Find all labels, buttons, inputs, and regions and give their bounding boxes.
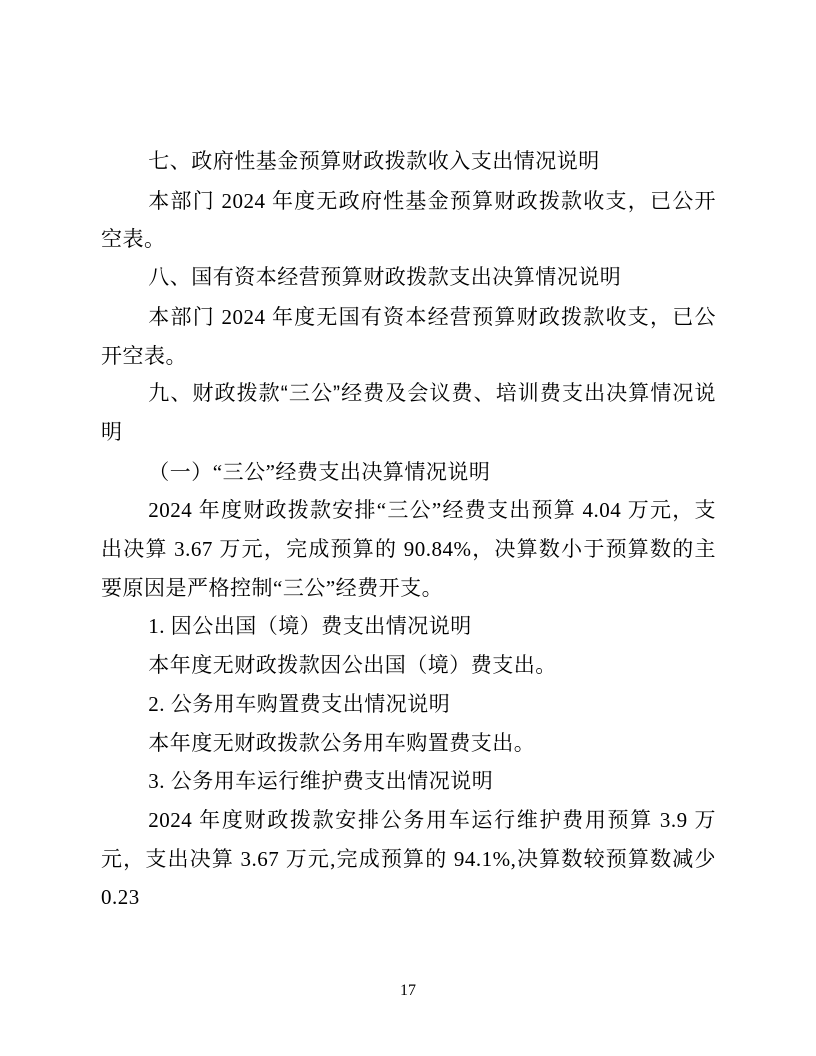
page-number: 17	[400, 982, 416, 999]
section-9-subsection-1-heading: （一）“三公”经费支出决算情况说明	[101, 453, 716, 492]
section-7-paragraph: 本部门 2024 年度无政府性基金预算财政拨款收支，已公开空表。	[101, 182, 716, 259]
section-7-heading: 七、政府性基金预算财政拨款收入支出情况说明	[101, 143, 716, 182]
document-page: 七、政府性基金预算财政拨款收入支出情况说明 本部门 2024 年度无政府性基金预…	[0, 0, 816, 1056]
section-8-heading: 八、国有资本经营预算财政拨款支出决算情况说明	[101, 259, 716, 298]
document-content: 七、政府性基金预算财政拨款收入支出情况说明 本部门 2024 年度无政府性基金预…	[101, 143, 716, 917]
section-9-subsection-1-paragraph: 2024 年度财政拨款安排“三公”经费支出预算 4.04 万元，支出决算 3.6…	[101, 491, 716, 607]
section-9-item-2-heading: 2. 公务用车购置费支出情况说明	[101, 685, 716, 724]
section-9-item-3-paragraph: 2024 年度财政拨款安排公务用车运行维护费用预算 3.9 万元，支出决算 3.…	[101, 801, 716, 917]
section-9-item-3-heading: 3. 公务用车运行维护费支出情况说明	[101, 762, 716, 801]
section-8-paragraph: 本部门 2024 年度无国有资本经营预算财政拨款收支，已公开空表。	[101, 298, 716, 375]
section-9-item-1-heading: 1. 因公出国（境）费支出情况说明	[101, 607, 716, 646]
section-9-item-2-paragraph: 本年度无财政拨款公务用车购置费支出。	[101, 724, 716, 763]
section-9-heading: 九、财政拨款“三公”经费及会议费、培训费支出决算情况说明	[101, 375, 716, 452]
page-footer: 17	[0, 982, 816, 1000]
section-9-item-1-paragraph: 本年度无财政拨款因公出国（境）费支出。	[101, 646, 716, 685]
